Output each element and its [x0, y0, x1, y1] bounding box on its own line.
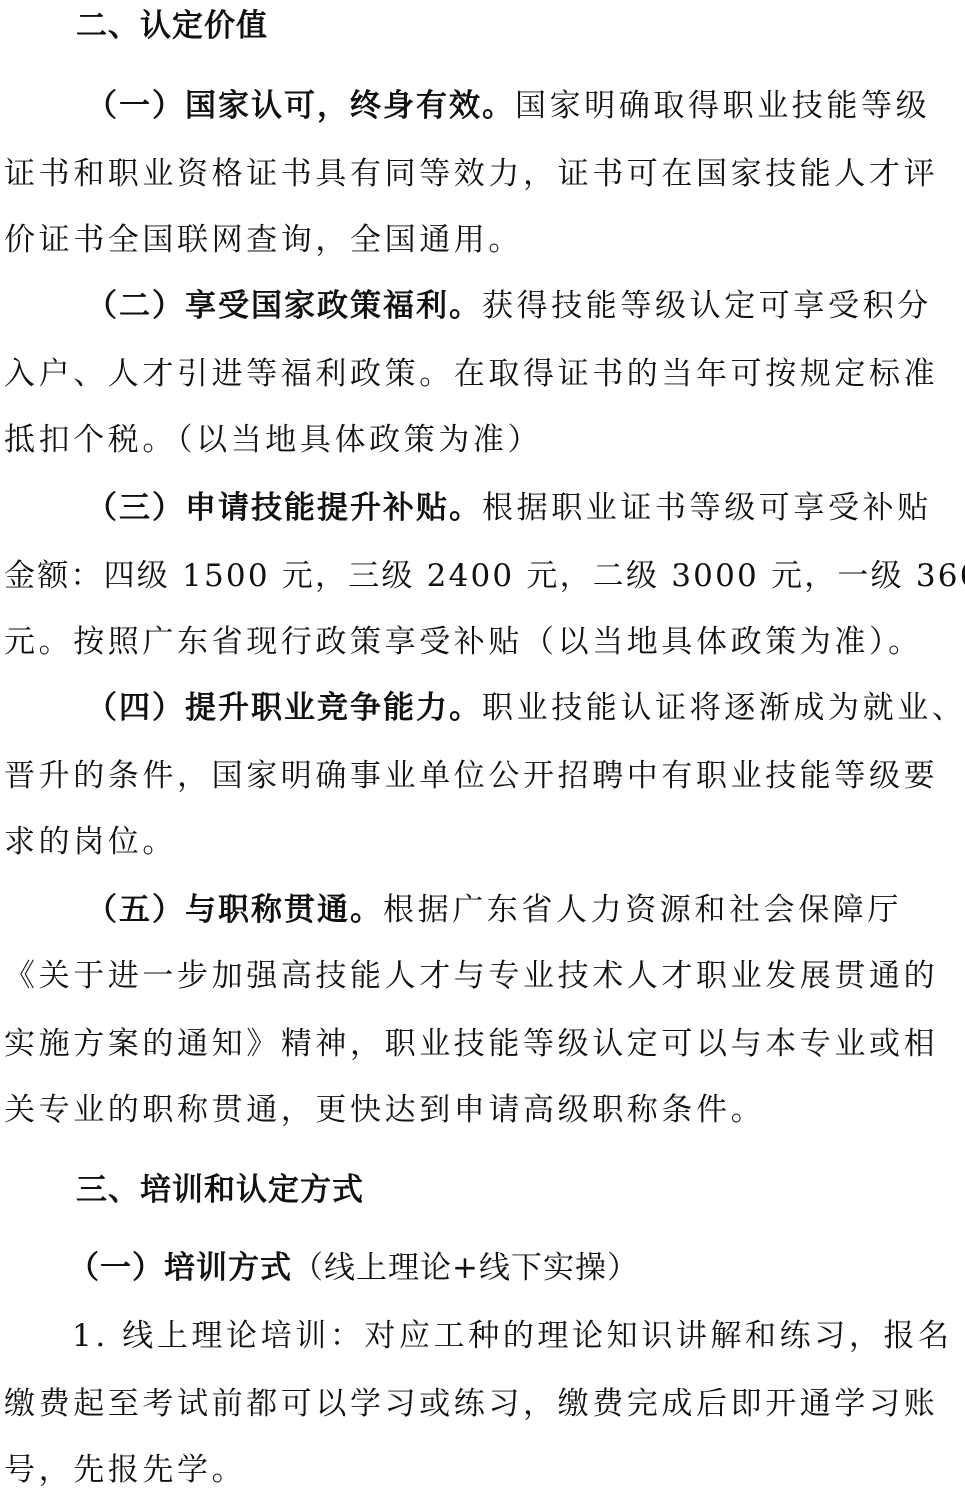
paragraph-line: 实施方案的通知》精神，职业技能等级认定可以与本专业或相 [4, 1024, 965, 1064]
paragraph-line: 求的岗位。 [4, 822, 965, 862]
paragraph-line: 1. 线上理论培训：对应工种的理论知识讲解和练习，报名 [72, 1316, 965, 1356]
item-text: 获得技能等级认定可享受积分 [482, 288, 932, 324]
paragraph-item-2: （二）享受国家政策福利。获得技能等级认定可享受积分 [86, 286, 965, 326]
paragraph-line: 元。按照广东省现行政策享受补贴（以当地具体政策为准）。 [4, 622, 965, 662]
item-lead: （五）与职称贯通。 [86, 892, 383, 928]
paragraph-line: 缴费起至考试前都可以学习或练习，缴费完成后即开通学习账 [4, 1384, 965, 1424]
paragraph-item-1: （一）国家认可，终身有效。国家明确取得职业技能等级 [86, 86, 965, 126]
item-lead: （一）国家认可，终身有效。 [86, 88, 515, 124]
paragraph-line: 《关于进一步加强高技能人才与专业技术人才职业发展贯通的 [4, 956, 965, 996]
subsection-heading-1: （一）培训方式（线上理论+线下实操） [68, 1248, 965, 1288]
section-heading-3: 三、培训和认定方式 [76, 1170, 965, 1210]
paragraph-item-4: （四）提升职业竞争能力。职业技能认证将逐渐成为就业、 [86, 688, 965, 728]
paragraph-line: 证书和职业资格证书具有同等效力，证书可在国家技能人才评 [4, 154, 965, 194]
subsection-note: （线上理论+线下实操） [292, 1250, 639, 1286]
item-text: 根据职业证书等级可享受补贴 [482, 490, 932, 526]
paragraph-line: 号，先报先学。 [4, 1450, 965, 1490]
item-lead: （四）提升职业竞争能力。 [86, 690, 482, 726]
item-text: 职业技能认证将逐渐成为就业、 [482, 690, 965, 726]
paragraph-line: 价证书全国联网查询，全国通用。 [4, 220, 965, 260]
paragraph-item-5: （五）与职称贯通。根据广东省人力资源和社会保障厅 [86, 890, 965, 930]
item-text: 根据广东省人力资源和社会保障厅 [383, 892, 902, 928]
paragraph-line: 入户、人才引进等福利政策。在取得证书的当年可按规定标准 [4, 354, 965, 394]
paragraph-line: 晋升的条件，国家明确事业单位公开招聘中有职业技能等级要 [4, 756, 965, 796]
subsection-lead: （一）培训方式 [68, 1250, 292, 1286]
section-heading-2: 二、认定价值 [76, 6, 965, 46]
paragraph-item-3: （三）申请技能提升补贴。根据职业证书等级可享受补贴 [86, 488, 965, 528]
item-lead: （二）享受国家政策福利。 [86, 288, 482, 324]
item-lead: （三）申请技能提升补贴。 [86, 490, 482, 526]
paragraph-line: 抵扣个税。（以当地具体政策为准） [4, 420, 965, 460]
paragraph-line: 金额：四级 1500 元，三级 2400 元，二级 3000 元，一级 3600 [4, 556, 965, 596]
item-text: 国家明确取得职业技能等级 [515, 88, 930, 124]
paragraph-line: 关专业的职称贯通，更快达到申请高级职称条件。 [4, 1090, 965, 1130]
